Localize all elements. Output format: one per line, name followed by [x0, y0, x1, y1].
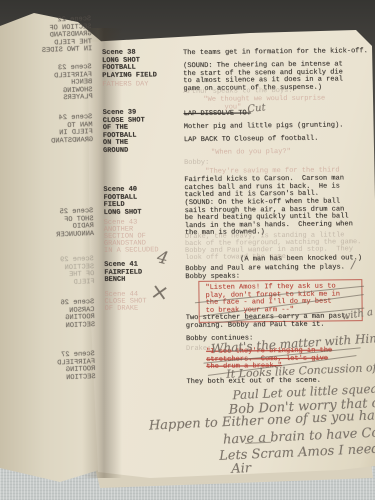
action-stretcher-bearers: Two stretcher bearers carry a man past, …: [186, 313, 350, 330]
ghost-when-play-quote: "When do you play?": [211, 149, 291, 157]
page-text-layer: Scene 22 SECTION OF GRANDSTAND THE FIELD…: [0, 0, 375, 500]
bleed-scene-26: Scene 26 CARSON ROOTING SECTION: [24, 299, 95, 332]
bleed-scene-24: Scene 24 MAN TO FIELD IN GRANDSTAND: [22, 114, 93, 147]
pencil-slash-mark: /: [351, 258, 355, 271]
pencil-x-mark: ×: [149, 279, 171, 307]
scene-39-heading: Scene 39 CLOSE SHOT OF THE FOOTBALL ON T…: [103, 109, 145, 155]
action-fairfield-kicks: Fairfield kicks to Carson. Carson man ca…: [184, 175, 344, 199]
pencil-line-air: Air: [231, 461, 251, 477]
pencil-cut-note: Cut: [247, 102, 266, 115]
scene-40-heading: Scene 40 FOOTBALL FIELD LONG SHOT: [103, 186, 141, 217]
lap-dissolve-line: LAP DISSOLVE TO:: [184, 110, 251, 118]
scene-38-ghost-line: FATHERS DAY: [102, 81, 148, 89]
bleed-scene-27: Scene 27 FAIRFIELD ROOTING SECTION: [25, 351, 96, 384]
bleed-scene-23: Scene 23 FAIRFIELD BENCH SHOWING PLAYERS: [22, 64, 93, 105]
scene-43-ghost-heading: Scene 43 ANOTHER SECTION OF GRANDSTAND I…: [104, 219, 159, 254]
scene-38-heading: Scene 38 LONG SHOT FOOTBALL PLAYING FIEL…: [102, 49, 157, 80]
scene-44-ghost-heading: Scene 44 CLOSE SHOT OF DRAKE: [104, 291, 146, 312]
action-mother-pig: Mother pig and little pigs (grunting).: [184, 122, 344, 131]
script-page-photo: Scene 22 SECTION OF GRANDSTAND THE FIELD…: [0, 0, 375, 500]
scene-41-heading: Scene 41 FAIRFIELD BENCH: [104, 261, 142, 284]
bleed-scene-22: Scene 22 SECTION OF GRANDSTAND THE FIELD…: [21, 16, 92, 57]
action-lap-back: LAP BACK TO Closeup of football.: [184, 136, 318, 145]
bleed-scene-25: Scene 25 SHOT OF RADIO ANNOUNCER: [23, 208, 94, 241]
ghost-bobby-cue: Bobby:: [184, 160, 209, 168]
action-kickoff-formation: The teams get in formation for the kick-…: [183, 48, 368, 58]
bleed-scene-29-ghost: Scene 29 SECTION OF THE FIELD: [24, 256, 95, 289]
